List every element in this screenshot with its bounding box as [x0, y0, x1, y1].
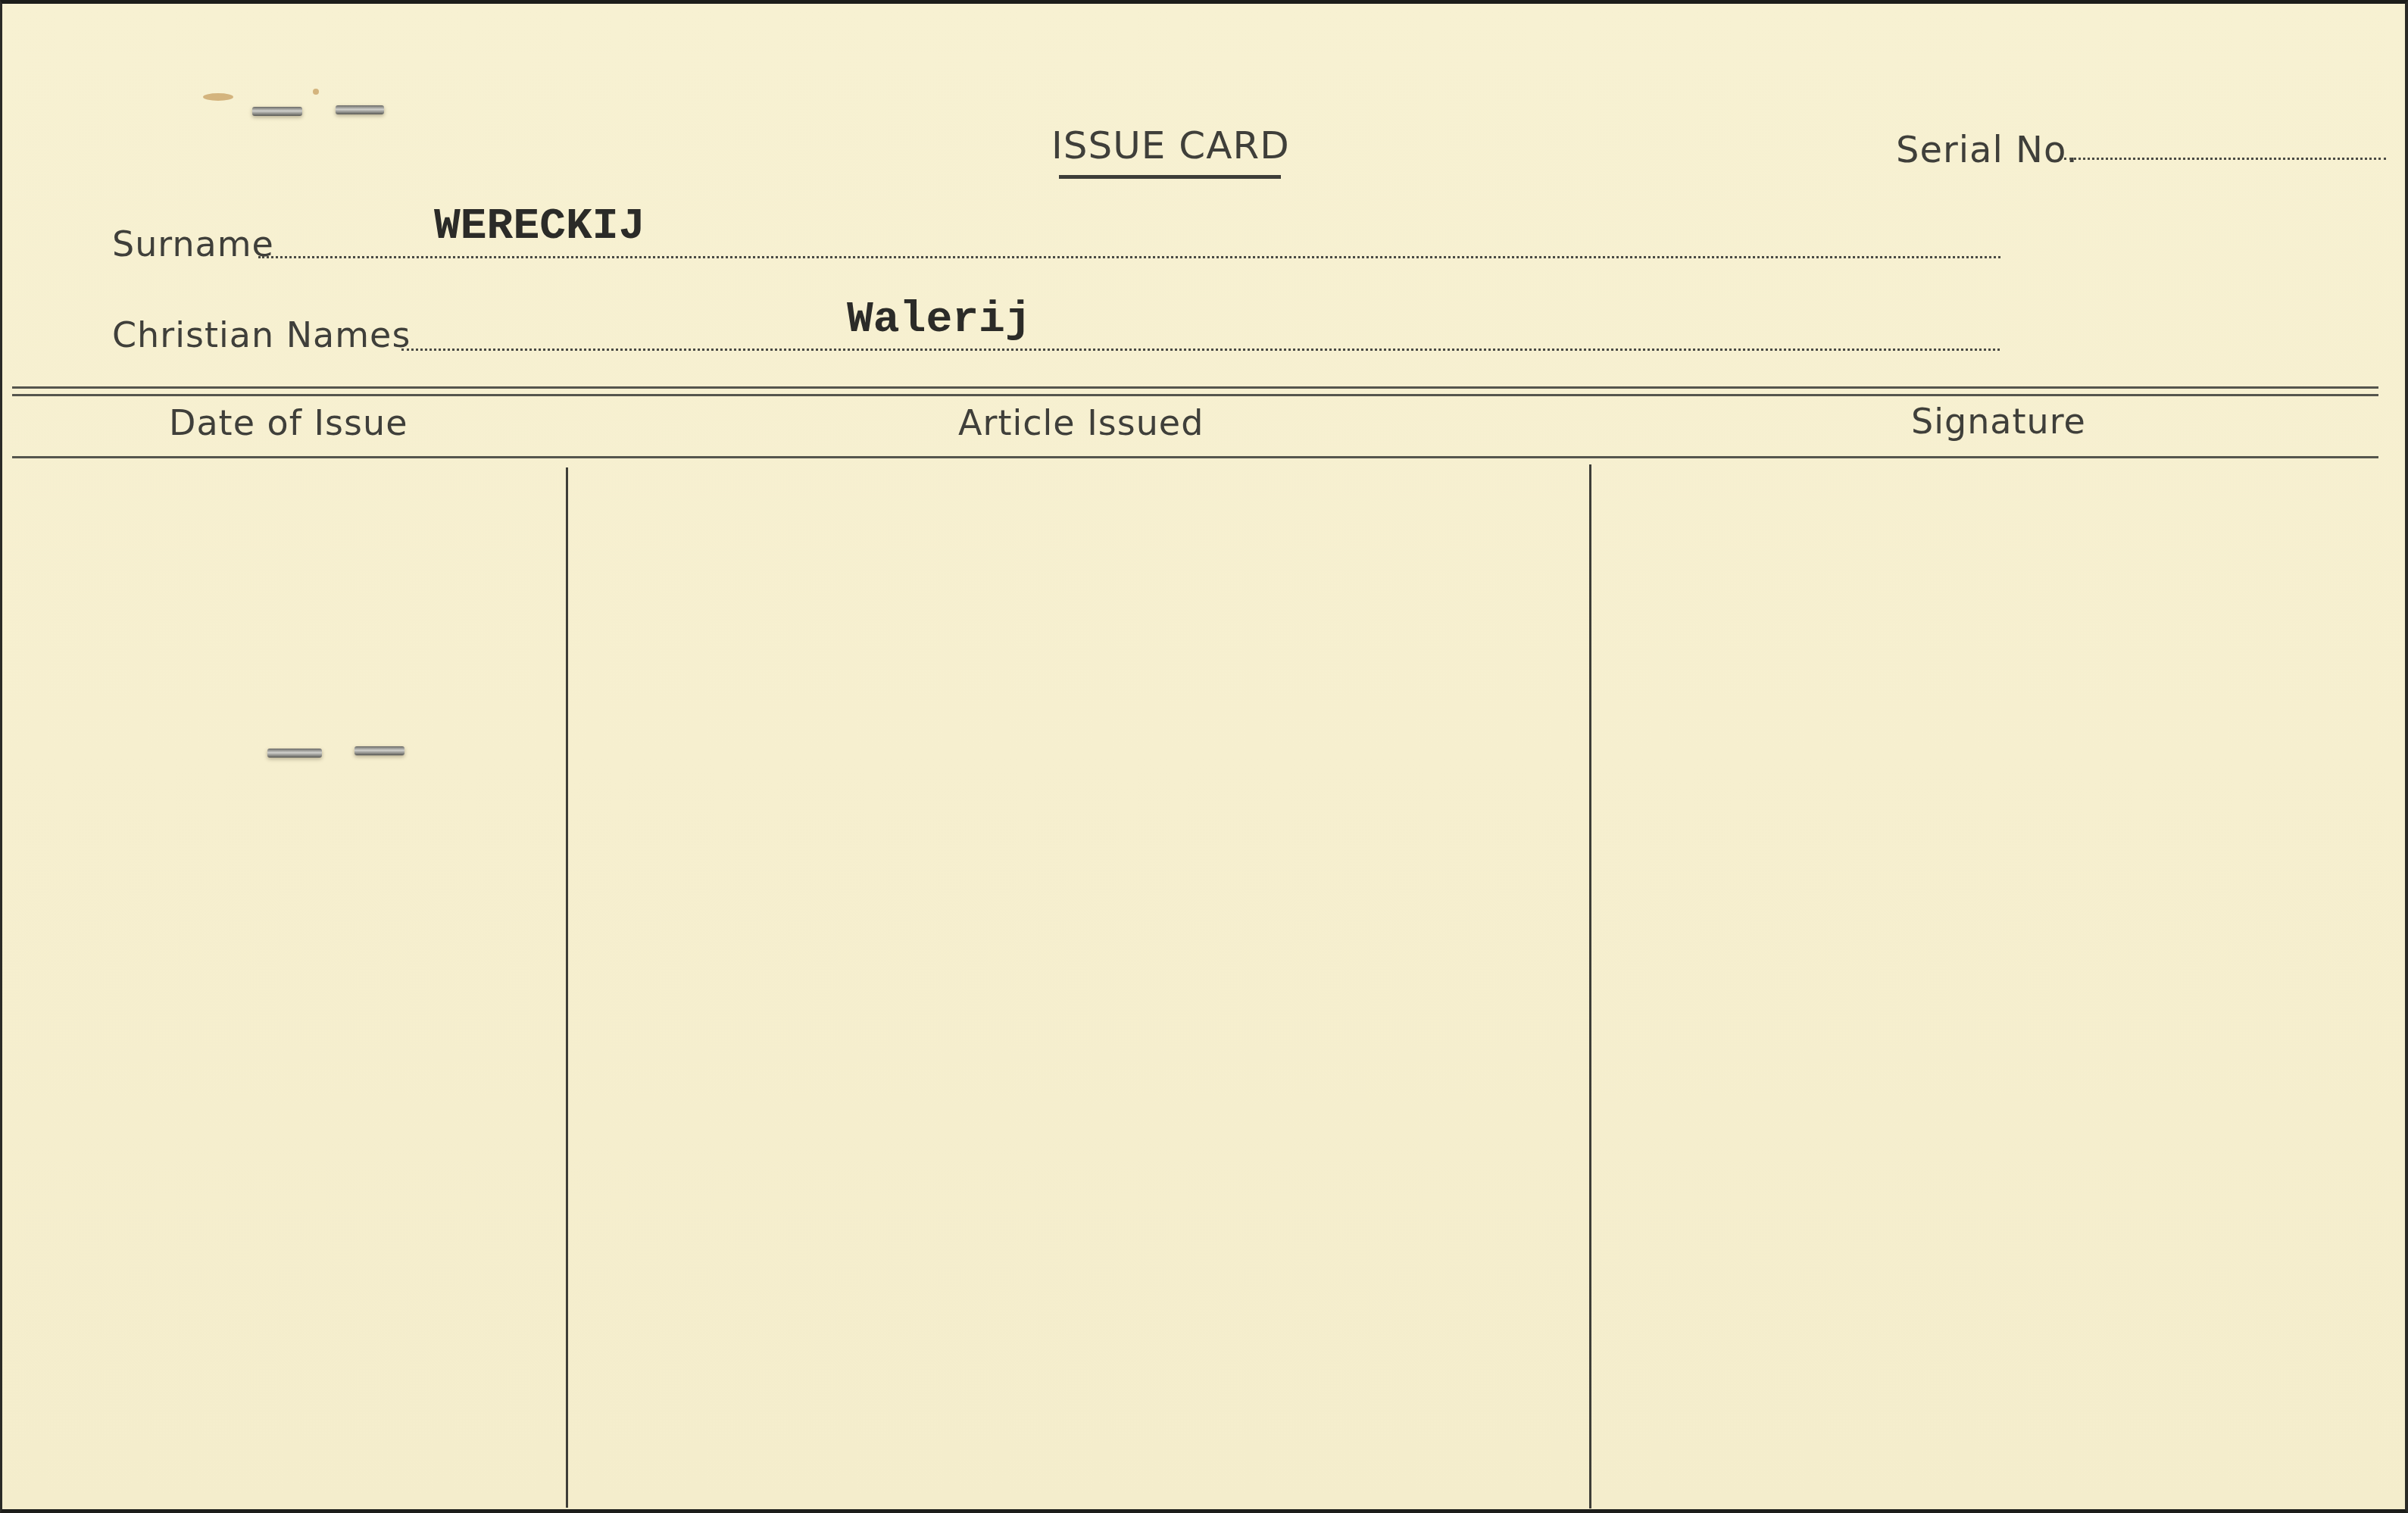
staple-mark-top-left	[252, 107, 302, 116]
column-header-article-issued: Article Issued	[958, 402, 1204, 443]
surname-label: Surname	[112, 224, 274, 264]
column-header-signature: Signature	[1911, 401, 2086, 442]
christian-names-value[interactable]: Walerij	[847, 295, 1032, 345]
serial-no-field[interactable]	[2064, 158, 2386, 160]
rust-stain	[313, 89, 319, 95]
column-header-date-of-issue: Date of Issue	[169, 402, 408, 443]
header-top-rule-1	[12, 386, 2378, 389]
article-issued-column[interactable]	[570, 462, 1587, 1508]
signature-column[interactable]	[1594, 462, 2378, 1508]
christian-names-field-line	[401, 349, 2000, 351]
date-of-issue-column[interactable]	[12, 462, 564, 1508]
rust-stain	[203, 93, 233, 101]
card-title: ISSUE CARD	[1051, 123, 1290, 167]
staple-mark-lower-right	[354, 746, 404, 755]
surname-field-line	[258, 256, 2000, 258]
surname-value[interactable]: WERECKIJ	[434, 202, 645, 252]
staple-mark-top-right	[336, 105, 384, 114]
column-divider-1	[566, 467, 568, 1508]
column-divider-2	[1589, 464, 1591, 1508]
serial-no-label: Serial No.	[1896, 129, 2079, 171]
christian-names-label: Christian Names	[112, 314, 411, 355]
issue-card: ISSUE CARD Serial No. Surname WERECKIJ C…	[0, 0, 2408, 1513]
staple-mark-lower-left	[267, 749, 322, 758]
header-top-rule-2	[12, 394, 2378, 396]
header-bottom-rule	[12, 456, 2378, 458]
title-underline	[1059, 175, 1281, 179]
